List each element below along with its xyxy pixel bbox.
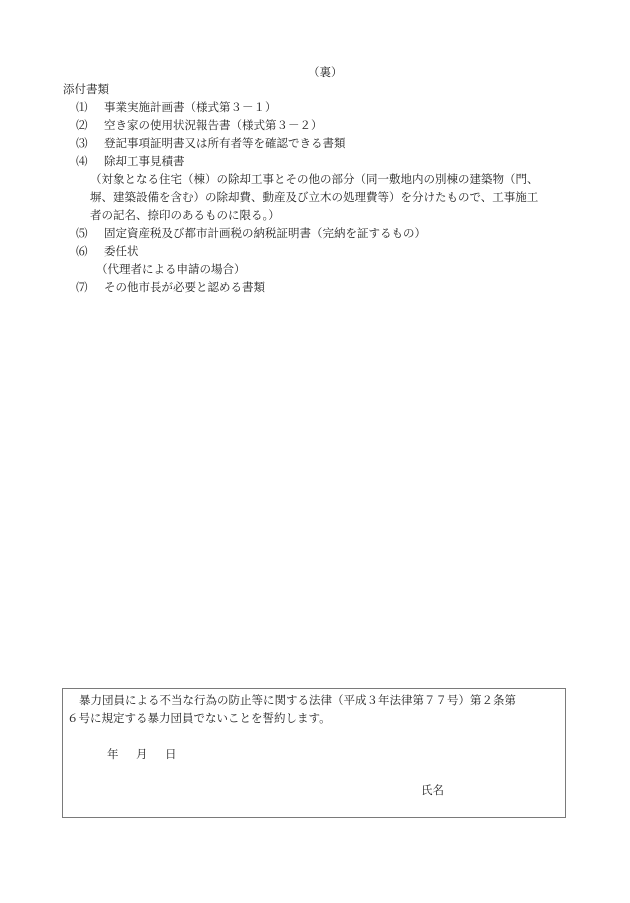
list-item: ⑴事業実施計画書（様式第３－１）	[76, 100, 277, 114]
item-text: 除却工事見積書	[104, 154, 185, 168]
pledge-box: 暴力団員による不当な行為の防止等に関する法律（平成３年法律第７７号）第２条第 ６…	[62, 688, 566, 818]
side-label: （裏）	[308, 65, 343, 79]
item-text: 空き家の使用状況報告書（様式第３－２）	[104, 118, 323, 132]
list-item: ⑶登記事項証明書又は所有者等を確認できる書類	[76, 136, 346, 150]
item-number: ⑸	[76, 226, 104, 240]
item-number: ⑴	[76, 100, 104, 114]
item-number: ⑹	[76, 244, 104, 258]
item-note-line: （代理者による申請の場合）	[96, 262, 246, 276]
item-number: ⑷	[76, 154, 104, 168]
pledge-line: ６号に規定する暴力団員でないことを誓約します。	[67, 711, 331, 725]
date-field[interactable]: 年 月 日	[107, 747, 180, 761]
item-text: その他市長が必要と認める書類	[104, 280, 265, 294]
item-note-line: 塀、建築設備を含む）の除却費、動産及び立木の処理費等）を分けたもので、工事施工	[90, 190, 538, 204]
item-text: 固定資産税及び都市計画税の納税証明書（完納を証するもの）	[104, 226, 426, 240]
list-item: ⑵空き家の使用状況報告書（様式第３－２）	[76, 118, 323, 132]
item-note-line: 者の記名、捺印のあるものに限る。）	[90, 208, 280, 222]
list-item: ⑺その他市長が必要と認める書類	[76, 280, 265, 294]
item-note-line: （対象となる住宅（棟）の除却工事とその他の部分（同一敷地内の別棟の建築物（門、	[90, 172, 539, 186]
list-item: ⑷除却工事見積書	[76, 154, 185, 168]
item-text: 事業実施計画書（様式第３－１）	[104, 100, 277, 114]
pledge-line: 暴力団員による不当な行為の防止等に関する法律（平成３年法律第７７号）第２条第	[79, 693, 516, 707]
section-title: 添付書類	[63, 82, 109, 96]
name-label: 氏名	[421, 783, 444, 797]
list-item: ⑹委任状	[76, 244, 139, 258]
item-text: 登記事項証明書又は所有者等を確認できる書類	[104, 136, 346, 150]
list-item: ⑸固定資産税及び都市計画税の納税証明書（完納を証するもの）	[76, 226, 426, 240]
item-number: ⑺	[76, 280, 104, 294]
item-number: ⑵	[76, 118, 104, 132]
item-text: 委任状	[104, 244, 139, 258]
item-number: ⑶	[76, 136, 104, 150]
